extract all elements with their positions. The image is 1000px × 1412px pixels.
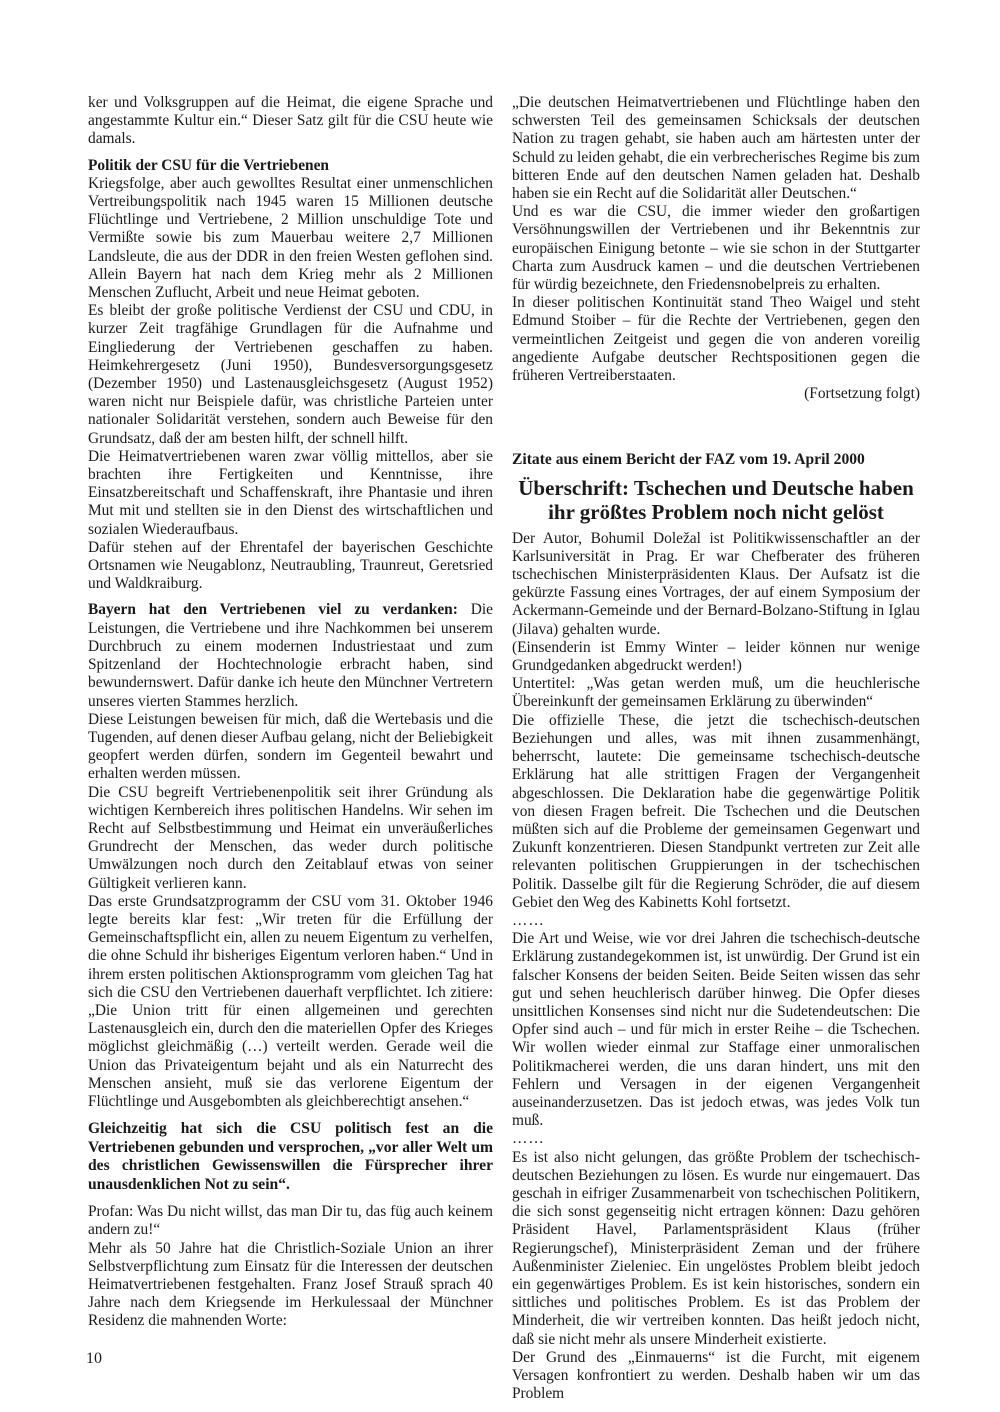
body-paragraph: Die Heimatvertriebenen waren zwar völlig… [88,448,493,539]
ellipsis-separator: …… [512,912,920,930]
faz-title-line: Überschrift: Tschechen und Deutsche habe… [512,476,920,500]
body-paragraph: Untertitel: „Was getan werden muß, um di… [512,675,920,711]
page-number: 10 [86,1350,102,1368]
body-paragraph: Diese Leistungen beweisen für mich, daß … [88,711,493,784]
body-paragraph: Kriegsfolge, aber auch gewolltes Resulta… [88,175,493,302]
body-paragraph: Der Autor, Bohumil Doležal ist Politikwi… [512,530,920,639]
body-paragraph: Das erste Grundsatzprogramm der CSU vom … [88,893,493,1111]
faz-title-line: ihr größtes Problem noch nicht gelöst [512,500,920,524]
section-heading-politik: Politik der CSU für die Vertriebenen [88,157,493,175]
body-paragraph: (Einsenderin ist Emmy Winter – leider kö… [512,639,920,675]
faz-kicker: Zitate aus einem Bericht der FAZ vom 19.… [512,451,920,469]
body-paragraph: Es ist also nicht gelungen, das größte P… [512,1149,920,1349]
quote-paragraph: „Die deutschen Heimatvertriebenen und Fl… [512,94,920,203]
right-column: „Die deutschen Heimatvertriebenen und Fl… [512,94,920,1403]
body-paragraph: Mehr als 50 Jahre hat die Christlich-Soz… [88,1240,493,1331]
body-paragraph: Profan: Was Du nicht willst, das man Dir… [88,1203,493,1239]
bold-statement: Gleichzeitig hat sich die CSU politisch … [88,1120,493,1194]
bavaria-paragraph: Bayern hat den Vertriebenen viel zu verd… [88,601,493,710]
faz-article-title: Überschrift: Tschechen und Deutsche habe… [512,476,920,524]
body-paragraph: In dieser politischen Kontinuität stand … [512,294,920,385]
body-paragraph: Die CSU begreift Vertriebenenpolitik sei… [88,784,493,893]
body-paragraph: Die Art und Weise, wie vor drei Jahren d… [512,930,920,1130]
body-paragraph: Dafür stehen auf der Ehrentafel der baye… [88,539,493,594]
body-paragraph: Die offizielle These, die jetzt die tsch… [512,712,920,912]
continuation-note: (Fortsetzung folgt) [512,385,920,403]
body-paragraph: Der Grund des „Einmauerns“ ist die Furch… [512,1349,920,1404]
bavaria-lead: Bayern hat den Vertriebenen viel zu verd… [88,601,458,618]
left-column: ker und Volksgruppen auf die Heimat, die… [88,94,493,1331]
intro-paragraph: ker und Volksgruppen auf die Heimat, die… [88,94,493,149]
body-paragraph: Und es war die CSU, die immer wieder den… [512,203,920,294]
body-paragraph: Es bleibt der große politische Verdienst… [88,302,493,448]
ellipsis-separator: …… [512,1130,920,1148]
